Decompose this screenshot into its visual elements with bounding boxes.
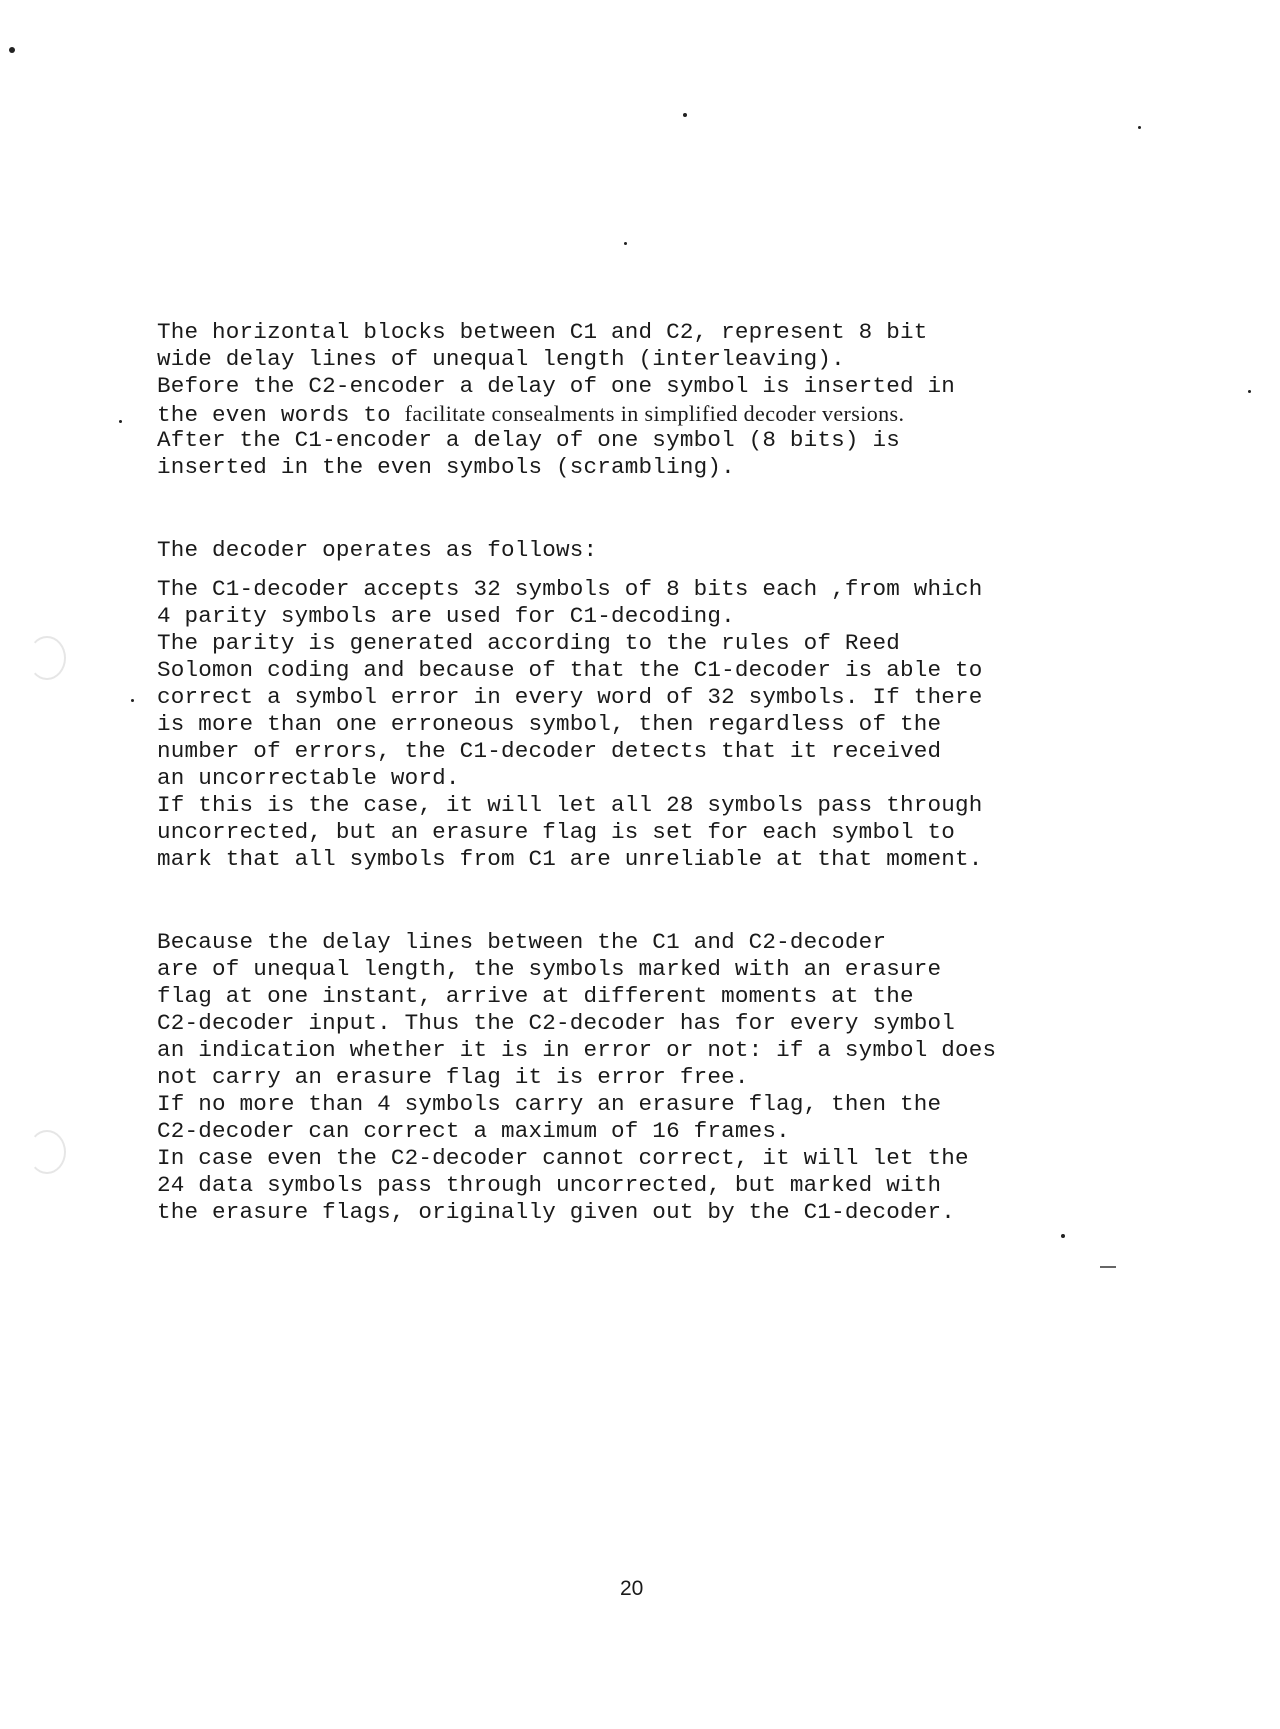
text-line: mark that all symbols from C1 are unreli… bbox=[157, 846, 1237, 873]
text-line: In case even the C2-decoder cannot corre… bbox=[157, 1145, 1237, 1172]
scan-speck bbox=[1061, 1234, 1065, 1238]
text-line-lead: the even words to bbox=[157, 402, 405, 428]
scan-speck bbox=[1248, 390, 1251, 393]
text-line: inserted in the even symbols (scrambling… bbox=[157, 454, 1237, 481]
text-line: C2-decoder input. Thus the C2-decoder ha… bbox=[157, 1010, 1237, 1037]
text-line-rest: facilitate consealments in simplified de… bbox=[405, 401, 905, 426]
text-line: number of errors, the C1-decoder detects… bbox=[157, 738, 1237, 765]
scan-speck bbox=[624, 242, 627, 245]
text-line: The parity is generated according to the… bbox=[157, 630, 1237, 657]
text-line: are of unequal length, the symbols marke… bbox=[157, 956, 1237, 983]
punch-hole bbox=[28, 1130, 66, 1174]
text-line: If no more than 4 symbols carry an erasu… bbox=[157, 1091, 1237, 1118]
text-line: not carry an erasure flag it is error fr… bbox=[157, 1064, 1237, 1091]
text-line: After the C1-encoder a delay of one symb… bbox=[157, 427, 1237, 454]
scan-speck bbox=[119, 420, 122, 423]
scan-speck bbox=[1138, 126, 1141, 129]
section-heading: The decoder operates as follows: bbox=[157, 537, 1237, 564]
text-line: Because the delay lines between the C1 a… bbox=[157, 929, 1237, 956]
text-line: Before the C2-encoder a delay of one sym… bbox=[157, 373, 1237, 400]
text-line: The C1-decoder accepts 32 symbols of 8 b… bbox=[157, 576, 1237, 603]
paragraph-c2-decoder: Because the delay lines between the C1 a… bbox=[157, 929, 1237, 1226]
scan-speck bbox=[683, 113, 687, 117]
text-line: is more than one erroneous symbol, then … bbox=[157, 711, 1237, 738]
text-line: If this is the case, it will let all 28 … bbox=[157, 792, 1237, 819]
text-line: correct a symbol error in every word of … bbox=[157, 684, 1237, 711]
punch-hole bbox=[28, 636, 66, 680]
text-line: wide delay lines of unequal length (inte… bbox=[157, 346, 1237, 373]
paragraph-encoder-delays: The horizontal blocks between C1 and C2,… bbox=[157, 319, 1237, 481]
text-line: an uncorrectable word. bbox=[157, 765, 1237, 792]
text-line-mixed-typeface: the even words to facilitate consealment… bbox=[157, 400, 1237, 427]
paragraph-c1-decoder: The C1-decoder accepts 32 symbols of 8 b… bbox=[157, 576, 1237, 873]
text-line: 4 parity symbols are used for C1-decodin… bbox=[157, 603, 1237, 630]
text-line: Solomon coding and because of that the C… bbox=[157, 657, 1237, 684]
scan-speck bbox=[131, 699, 134, 702]
scan-speck bbox=[9, 47, 15, 53]
heading-text: The decoder operates as follows: bbox=[157, 537, 1237, 564]
page-number: 20 bbox=[620, 1577, 643, 1601]
text-line: flag at one instant, arrive at different… bbox=[157, 983, 1237, 1010]
text-line: the erasure flags, originally given out … bbox=[157, 1199, 1237, 1226]
scan-dash-mark bbox=[1100, 1266, 1116, 1268]
scanned-page: The horizontal blocks between C1 and C2,… bbox=[0, 0, 1280, 1729]
text-line: uncorrected, but an erasure flag is set … bbox=[157, 819, 1237, 846]
text-line: The horizontal blocks between C1 and C2,… bbox=[157, 319, 1237, 346]
text-line: an indication whether it is in error or … bbox=[157, 1037, 1237, 1064]
text-line: 24 data symbols pass through uncorrected… bbox=[157, 1172, 1237, 1199]
text-line: C2-decoder can correct a maximum of 16 f… bbox=[157, 1118, 1237, 1145]
